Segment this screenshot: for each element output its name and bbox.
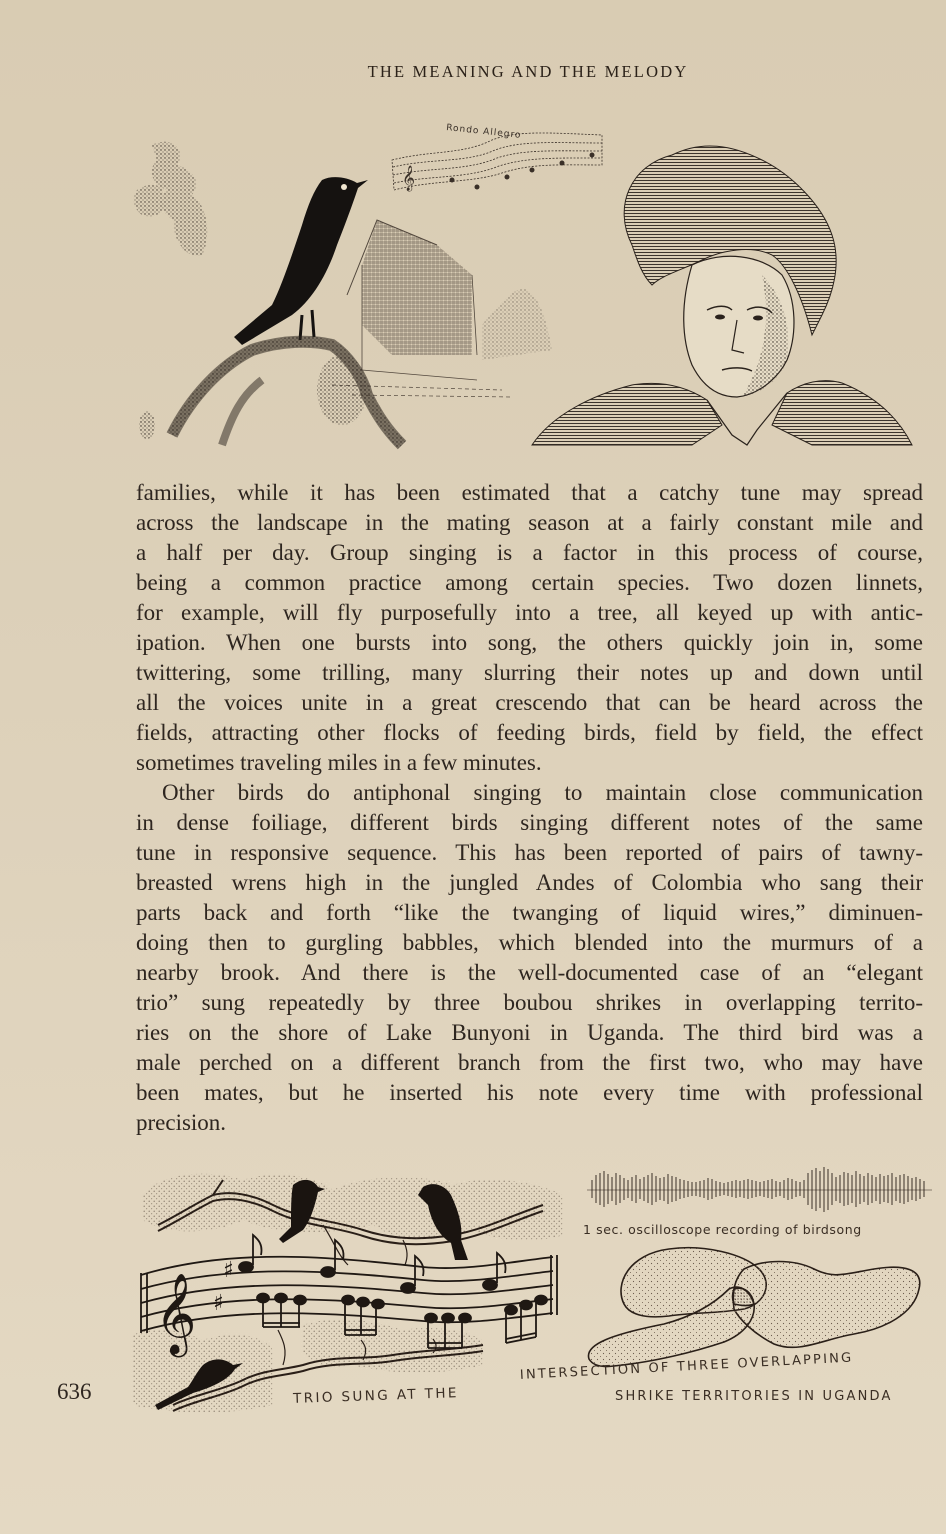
text-line: for example, will fly purposefully into …: [136, 598, 923, 628]
text-line: families, while it has been estimated th…: [136, 478, 923, 508]
music-score-icon: 𝄞: [392, 133, 602, 191]
treble-clef-icon: 𝄞: [155, 1272, 196, 1357]
text-line: in dense foiliage, different birds singi…: [136, 808, 923, 838]
oscilloscope-caption: 1 sec. oscilloscope recording of birdson…: [583, 1222, 862, 1237]
text-line: doing then to gurgling babbles, which bl…: [136, 928, 923, 958]
paragraph-2: Other birds do antiphonal singing to mai…: [136, 778, 923, 1138]
leaf-cluster-icon: [134, 142, 207, 256]
text-line: being a common practice among certain sp…: [136, 568, 923, 598]
text-line: parts back and forth “like the twanging …: [136, 898, 923, 928]
text-line: ipation. When one bursts into song, the …: [136, 628, 923, 658]
text-line: trio” sung repeatedly by three boubou sh…: [136, 988, 923, 1018]
svg-text:♯: ♯: [213, 1291, 224, 1316]
text-line: nearby brook. And there is the well-docu…: [136, 958, 923, 988]
waveform-icon: [587, 1167, 932, 1212]
svg-text:♯: ♯: [223, 1258, 234, 1283]
text-line: sometimes traveling miles in a few minut…: [136, 748, 923, 778]
trio-illustration: 𝄞 ♯ ♯: [133, 1165, 573, 1420]
shrike-caption: SHRIKE TERRITORIES IN UGANDA: [615, 1389, 893, 1404]
text-line: precision.: [136, 1108, 923, 1138]
text-line: twittering, some trilling, many slurring…: [136, 658, 923, 688]
text-line: a half per day. Group singing is a facto…: [136, 538, 923, 568]
body-text: families, while it has been estimated th…: [136, 478, 923, 1138]
page-number: 636: [57, 1379, 92, 1405]
text-line: fields, attracting other flocks of feedi…: [136, 718, 923, 748]
text-line: breasted wrens high in the jungled Andes…: [136, 868, 923, 898]
text-line: tune in responsive sequence. This has be…: [136, 838, 923, 868]
branch-icon: [139, 342, 402, 445]
running-head: THE MEANING AND THE MELODY: [0, 62, 946, 82]
territories-diagram: [584, 1244, 924, 1369]
territory-shape-icon: [588, 1248, 919, 1367]
blackbird-icon: [234, 177, 368, 345]
text-line: all the voices unite in a great crescend…: [136, 688, 923, 718]
text-line: ries on the shore of Lake Bunyoni in Uga…: [136, 1018, 923, 1048]
beethoven-portrait-icon: [532, 146, 912, 445]
text-line: been mates, but he inserted his note eve…: [136, 1078, 923, 1108]
svg-text:𝄞: 𝄞: [402, 165, 415, 191]
oscilloscope-waveform: [582, 1165, 932, 1215]
text-line: across the landscape in the mating seaso…: [136, 508, 923, 538]
paragraph-1: families, while it has been estimated th…: [136, 478, 923, 778]
text-line: Other birds do antiphonal singing to mai…: [136, 778, 923, 808]
top-illustration: 𝄞: [132, 125, 942, 455]
cottage-icon: [332, 220, 552, 397]
text-line: male perched on a different branch from …: [136, 1048, 923, 1078]
